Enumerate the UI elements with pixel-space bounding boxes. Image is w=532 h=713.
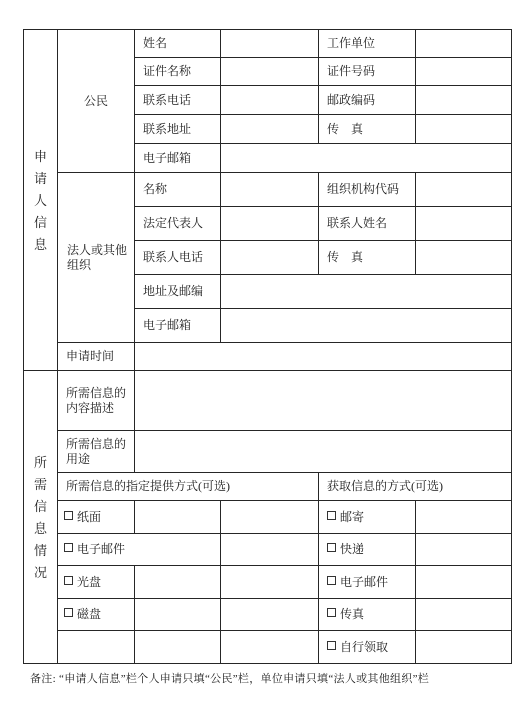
input-mail[interactable] <box>416 501 512 534</box>
option-label: 邮寄 <box>340 510 364 524</box>
option-mail[interactable]: 邮寄 <box>319 501 416 534</box>
label-org-email: 电子邮箱 <box>135 309 221 343</box>
input-extra-b[interactable] <box>221 631 319 664</box>
input-citizen-name[interactable] <box>221 30 319 58</box>
input-org-code[interactable] <box>416 173 512 207</box>
group-citizen: 公民 <box>58 30 135 173</box>
label-legal-rep: 法定代表人 <box>135 207 221 241</box>
input-contact-phone[interactable] <box>221 241 319 275</box>
option-label: 传真 <box>340 607 364 621</box>
label-citizen-name: 姓名 <box>135 30 221 58</box>
input-extra-a[interactable] <box>135 631 221 664</box>
input-legal-rep[interactable] <box>221 207 319 241</box>
checkbox-icon[interactable] <box>64 576 73 585</box>
section-required-info-header: 所需信息情况 <box>24 371 58 664</box>
application-form-table: 申请人信息 公民 姓名 工作单位 证件名称 证件号码 联系电话 邮政编码 联系地… <box>23 29 512 664</box>
option-label: 电子邮件 <box>77 542 125 556</box>
input-extra-label[interactable] <box>58 631 135 664</box>
label-cert-number: 证件号码 <box>319 58 416 86</box>
form-page: 申请人信息 公民 姓名 工作单位 证件名称 证件号码 联系电话 邮政编码 联系地… <box>0 0 532 713</box>
option-email-provide[interactable]: 电子邮件 <box>58 534 221 566</box>
label-org-code: 组织机构代码 <box>319 173 416 207</box>
input-citizen-phone[interactable] <box>221 86 319 115</box>
section-applicant-info-header: 申请人信息 <box>24 30 58 371</box>
input-org-email[interactable] <box>221 309 512 343</box>
input-org-fax[interactable] <box>416 241 512 275</box>
header-obtain-method: 获取信息的方式(可选) <box>319 473 512 501</box>
input-express[interactable] <box>416 534 512 566</box>
input-disk-b[interactable] <box>221 599 319 631</box>
header-provide-method: 所需信息的指定提供方式(可选) <box>58 473 319 501</box>
input-contact-name[interactable] <box>416 207 512 241</box>
label-citizen-fax: 传 真 <box>319 115 416 144</box>
input-disk-a[interactable] <box>135 599 221 631</box>
label-content-desc: 所需信息的内容描述 <box>58 371 135 431</box>
label-work-unit: 工作单位 <box>319 30 416 58</box>
input-citizen-email[interactable] <box>221 144 512 173</box>
label-contact-name: 联系人姓名 <box>319 207 416 241</box>
input-cd-b[interactable] <box>221 566 319 599</box>
option-disk[interactable]: 磁盘 <box>58 599 135 631</box>
checkbox-icon[interactable] <box>64 543 73 552</box>
input-paper-b[interactable] <box>221 501 319 534</box>
input-fax[interactable] <box>416 599 512 631</box>
input-org-address-postal[interactable] <box>221 275 512 309</box>
input-org-name[interactable] <box>221 173 319 207</box>
option-email-obtain[interactable]: 电子邮件 <box>319 566 416 599</box>
label-citizen-email: 电子邮箱 <box>135 144 221 173</box>
option-express[interactable]: 快递 <box>319 534 416 566</box>
input-cd-a[interactable] <box>135 566 221 599</box>
option-paper[interactable]: 纸面 <box>58 501 135 534</box>
checkbox-icon[interactable] <box>327 641 336 650</box>
option-cd[interactable]: 光盘 <box>58 566 135 599</box>
label-org-name: 名称 <box>135 173 221 207</box>
label-usage: 所需信息的用途 <box>58 431 135 473</box>
input-email-obtain[interactable] <box>416 566 512 599</box>
checkbox-icon[interactable] <box>64 511 73 520</box>
input-citizen-fax[interactable] <box>416 115 512 144</box>
option-fax[interactable]: 传真 <box>319 599 416 631</box>
input-usage[interactable] <box>135 431 512 473</box>
checkbox-icon[interactable] <box>327 608 336 617</box>
option-label: 磁盘 <box>77 607 101 621</box>
option-label: 光盘 <box>77 575 101 589</box>
option-label: 自行领取 <box>340 640 388 654</box>
option-label: 电子邮件 <box>340 575 388 589</box>
input-cert-number[interactable] <box>416 58 512 86</box>
footnote: 备注: “申请人信息”栏个人申请只填“公民”栏，单位申请只填“法人或其他组织”栏 <box>30 672 510 687</box>
label-citizen-address: 联系地址 <box>135 115 221 144</box>
input-cert-name[interactable] <box>221 58 319 86</box>
checkbox-icon[interactable] <box>327 543 336 552</box>
input-postal-code[interactable] <box>416 86 512 115</box>
checkbox-icon[interactable] <box>64 608 73 617</box>
label-cert-name: 证件名称 <box>135 58 221 86</box>
checkbox-icon[interactable] <box>327 576 336 585</box>
option-self-pickup[interactable]: 自行领取 <box>319 631 416 664</box>
label-org-address-postal: 地址及邮编 <box>135 275 221 309</box>
section-applicant-info-label: 申请人信息 <box>24 150 57 251</box>
checkbox-icon[interactable] <box>327 511 336 520</box>
input-paper-a[interactable] <box>135 501 221 534</box>
label-org-fax: 传 真 <box>319 241 416 275</box>
option-label: 纸面 <box>77 510 101 524</box>
input-content-desc[interactable] <box>135 371 512 431</box>
input-work-unit[interactable] <box>416 30 512 58</box>
input-email-provide[interactable] <box>221 534 319 566</box>
section-required-info-label: 所需信息情况 <box>24 456 57 579</box>
input-citizen-address[interactable] <box>221 115 319 144</box>
option-label: 快递 <box>340 542 364 556</box>
label-citizen-phone: 联系电话 <box>135 86 221 115</box>
input-self-pickup[interactable] <box>416 631 512 664</box>
input-apply-time[interactable] <box>135 343 512 371</box>
label-contact-phone: 联系人电话 <box>135 241 221 275</box>
group-legal-org: 法人或其他组织 <box>58 173 135 343</box>
label-postal-code: 邮政编码 <box>319 86 416 115</box>
label-apply-time: 申请时间 <box>58 343 135 371</box>
